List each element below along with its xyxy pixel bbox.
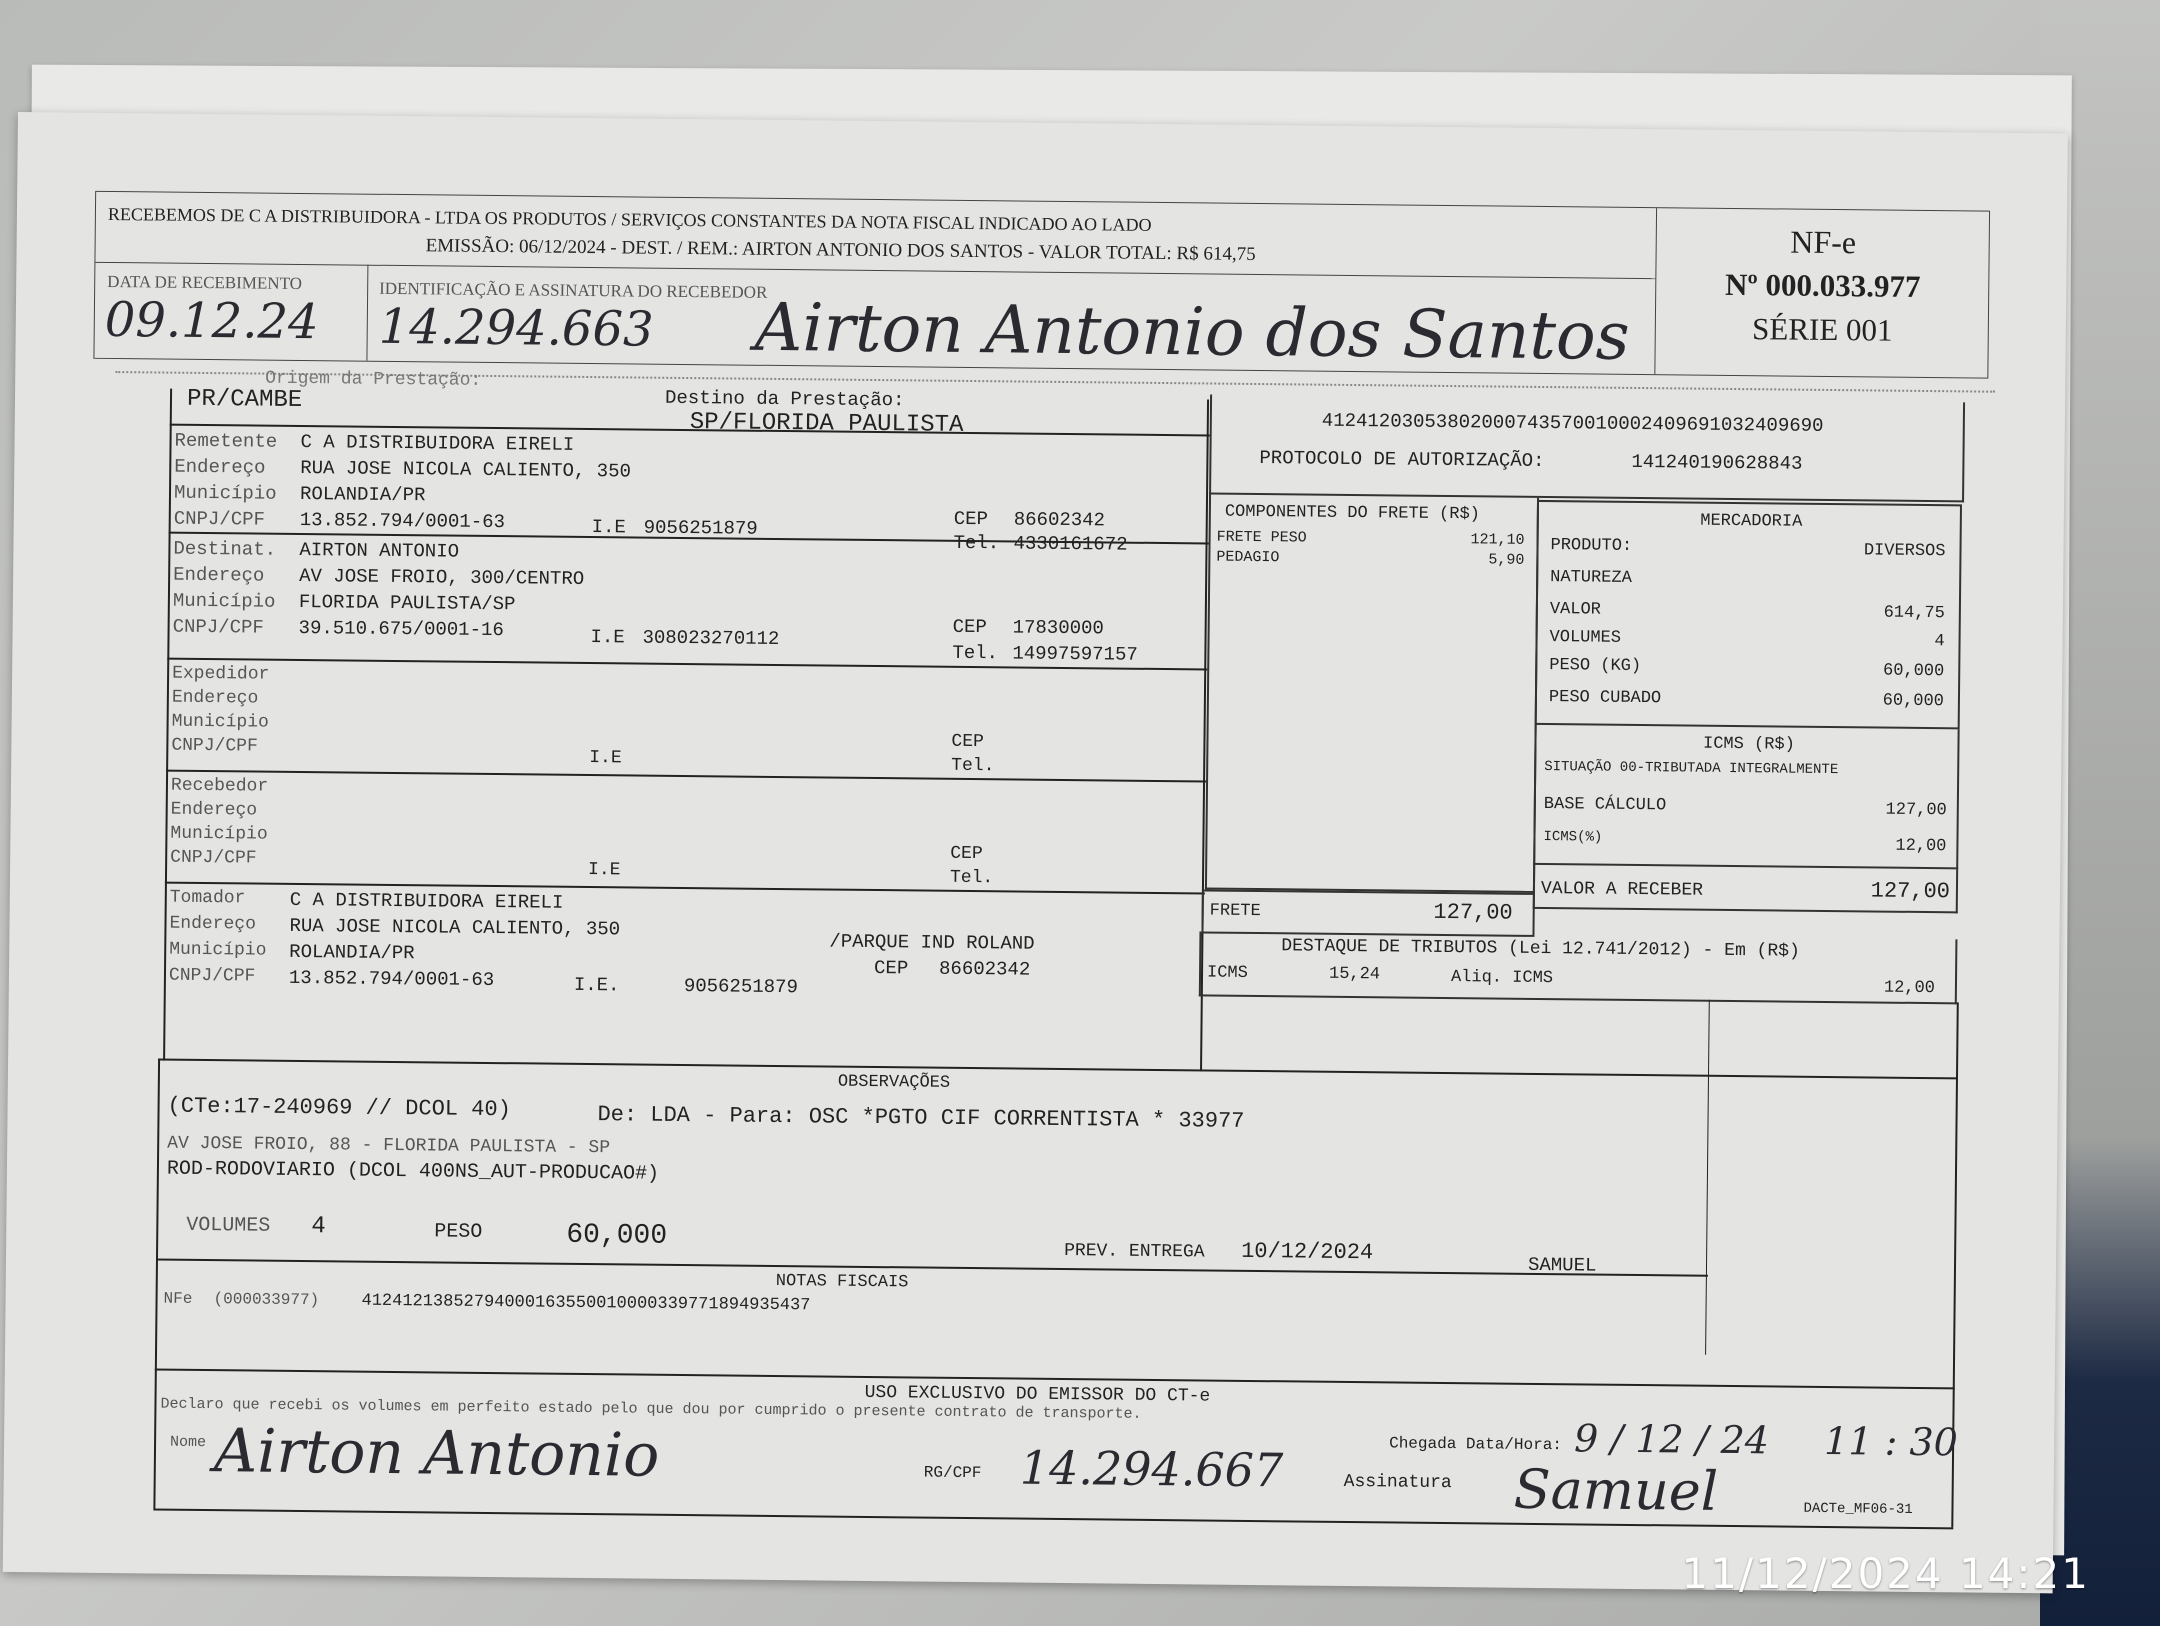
frete-peso-value: 121,10 xyxy=(1470,531,1524,549)
frete-peso-label: FRETE PESO xyxy=(1217,529,1307,547)
dacte-document: RECEBEMOS DE C A DISTRIBUIDORA - LTDA OS… xyxy=(3,112,2068,1593)
nf-tipo: NFe xyxy=(163,1290,192,1308)
form-code: DACTe_MF06-31 xyxy=(1803,1501,1912,1518)
obs-line3: ROD-RODOVIARIO (DCOL 400NS_AUT-PRODUCAO#… xyxy=(167,1158,659,1186)
destino-value: SP/FLORIDA PAULISTA xyxy=(690,409,964,439)
nfe-serie: SÉRIE 001 xyxy=(1655,310,1990,350)
photo-timestamp: 11/12/2024 14:21 xyxy=(1682,1549,2090,1598)
natureza-label: NATUREZA xyxy=(1550,568,1632,588)
rg-value: 14.294.667 xyxy=(1020,1441,1284,1498)
destinatario-ie: 308023270112 xyxy=(642,627,779,650)
obs-volumes-label: VOLUMES xyxy=(186,1214,270,1238)
remetente-nome: C A DISTRIBUIDORA EIRELI xyxy=(300,431,574,456)
recebedor-ie-label: I.E xyxy=(588,860,621,880)
tomador-endereco: RUA JOSE NICOLA CALIENTO, 350 xyxy=(289,915,620,940)
notas-fiscais-title: NOTAS FISCAIS xyxy=(776,1272,909,1292)
remetente-cnpj: 13.852.794/0001-63 xyxy=(300,509,505,533)
tomador-cep-label: CEP xyxy=(874,957,908,979)
destinatario-tel-label: Tel. xyxy=(952,642,998,664)
stub-header-line1: RECEBEMOS DE C A DISTRIBUIDORA - LTDA OS… xyxy=(108,204,1152,236)
assinatura-signature: Samuel xyxy=(1513,1458,1718,1523)
expedidor-ie-label: I.E xyxy=(589,748,622,768)
tomador-endereco-label: Endereço xyxy=(169,914,256,935)
rg-label: RG/CPF xyxy=(924,1464,982,1483)
data-recebimento-label: DATA DE RECEBIMENTO xyxy=(107,272,302,294)
remetente-municipio-label: Município xyxy=(174,482,277,505)
icms-aliq-label: ICMS(%) xyxy=(1543,829,1602,846)
nfe-number: Nº 000.033.977 xyxy=(1655,266,1990,306)
tomador-label: Tomador xyxy=(170,888,246,909)
icms-title: ICMS (R$) xyxy=(1536,733,1961,756)
pedagio-value: 5,90 xyxy=(1488,551,1524,568)
volumes-value: 4 xyxy=(1934,632,1944,651)
obs-volumes-value: 4 xyxy=(311,1213,326,1240)
remetente-cnpj-label: CNPJ/CPF xyxy=(174,508,265,531)
nf-chave: 4124121385279400016355001000033977189493… xyxy=(361,1292,810,1316)
peso-label: PESO (KG) xyxy=(1549,656,1641,676)
tomador-cnpj-label: CNPJ/CPF xyxy=(169,966,256,987)
obs-peso-label: PESO xyxy=(434,1220,482,1244)
tomador-municipio-label: Município xyxy=(169,940,266,961)
obs-line2: AV JOSE FROIO, 88 - FLORIDA PAULISTA - S… xyxy=(167,1134,610,1159)
remetente-tel-label: Tel. xyxy=(953,532,999,554)
peso-value: 60,000 xyxy=(1883,662,1944,682)
valor-label: VALOR xyxy=(1550,600,1601,620)
obs-peso-value: 60,000 xyxy=(566,1220,667,1252)
tomador-cep: 86602342 xyxy=(939,958,1030,981)
nome-label: Nome xyxy=(170,1434,206,1451)
identificacao-value: 14.294.663 xyxy=(378,299,653,358)
tomador-cnpj: 13.852.794/0001-63 xyxy=(289,967,494,991)
obs-line1b: De: LDA - Para: OSC *PGTO CIF CORRENTIST… xyxy=(597,1102,1244,1134)
chegada-data: 9 / 12 / 24 xyxy=(1574,1416,1769,1462)
recebedor-municipio-label: Município xyxy=(170,824,267,845)
icms-situacao: SITUAÇÃO 00-TRIBUTADA INTEGRALMENTE xyxy=(1544,759,1838,778)
produto-label: PRODUTO: xyxy=(1550,536,1632,556)
recebedor-label: Recebedor xyxy=(171,776,268,797)
nome-signature: Airton Antonio xyxy=(214,1416,660,1491)
remetente-label: Remetente xyxy=(174,430,277,453)
receipt-stub: RECEBEMOS DE C A DISTRIBUIDORA - LTDA OS… xyxy=(93,191,1990,379)
tomador-ie-label: I.E. xyxy=(574,974,620,996)
obs-line1a: (CTe:17-240969 // DCOL 40) xyxy=(167,1094,511,1123)
peso-cubado-label: PESO CUBADO xyxy=(1549,688,1661,708)
icms-box: ICMS (R$) SITUAÇÃO 00-TRIBUTADA INTEGRAL… xyxy=(1533,725,1959,869)
tributos-box: DESTAQUE DE TRIBUTOS (Lei 12.741/2012) -… xyxy=(1199,931,1958,1004)
volumes-label: VOLUMES xyxy=(1549,628,1621,648)
prev-entrega-label: PREV. ENTREGA xyxy=(1064,1241,1205,1262)
icms-aliq-value: 12,00 xyxy=(1895,837,1946,857)
tomador-nome: C A DISTRIBUIDORA EIRELI xyxy=(290,889,564,914)
nfe-title: NF-e xyxy=(1656,222,1991,263)
receiver-signature: Airton Antonio dos Santos xyxy=(754,289,1630,375)
valor-receber-value: 127,00 xyxy=(1871,878,1950,904)
tributos-icms-label: ICMS xyxy=(1207,963,1248,982)
recebedor-cnpj-label: CNPJ/CPF xyxy=(170,848,257,869)
destinatario-tel: 14997597157 xyxy=(1012,642,1138,665)
expedidor-tel-label: Tel. xyxy=(951,756,994,776)
remetente-municipio: ROLANDIA/PR xyxy=(300,483,426,506)
mercadoria-title: MERCADORIA xyxy=(1539,510,1964,533)
chave-acesso: 4124120305380200074357001000240969103240… xyxy=(1322,410,1824,437)
remetente-cep: 86602342 xyxy=(1014,508,1105,531)
tributos-icms-value: 15,24 xyxy=(1329,965,1380,985)
valor-value: 614,75 xyxy=(1884,604,1945,624)
expedidor-cnpj-label: CNPJ/CPF xyxy=(171,736,258,757)
base-calculo-value: 127,00 xyxy=(1885,801,1946,821)
tomador-ie: 9056251879 xyxy=(684,975,798,998)
destinatario-label: Destinat. xyxy=(173,538,276,561)
valor-receber-label: VALOR A RECEBER xyxy=(1541,879,1703,901)
expedidor-cep-label: CEP xyxy=(951,732,984,752)
protocolo-value: 141240190628843 xyxy=(1631,451,1802,475)
destinatario-nome: AIRTON ANTONIO xyxy=(299,539,459,563)
frete-label: FRETE xyxy=(1210,902,1261,922)
destinatario-ie-label: I.E xyxy=(590,626,624,648)
stub-header-line2: EMISSÃO: 06/12/2024 - DEST. / REM.: AIRT… xyxy=(426,235,1256,266)
destinatario-cep-label: CEP xyxy=(953,616,987,638)
origem-value: PR/CAMBE xyxy=(187,386,302,414)
remetente-endereco: RUA JOSE NICOLA CALIENTO, 350 xyxy=(300,457,631,482)
remetente-cep-label: CEP xyxy=(954,508,988,530)
mercadoria-box: MERCADORIA PRODUTO: DIVERSOS NATUREZA VA… xyxy=(1535,500,1962,729)
destinatario-municipio-label: Município xyxy=(173,590,276,613)
tomador-municipio: ROLANDIA/PR xyxy=(289,941,415,964)
expedidor-endereco-label: Endereço xyxy=(172,688,259,709)
expedidor-municipio-label: Município xyxy=(172,712,269,733)
tributos-aliq-value: 12,00 xyxy=(1884,979,1935,999)
produto-value: DIVERSOS xyxy=(1864,541,1946,561)
destinatario-cep: 17830000 xyxy=(1013,616,1104,639)
destinatario-municipio: FLORIDA PAULISTA/SP xyxy=(299,591,516,615)
tomador-bairro: /PARQUE IND ROLAND xyxy=(829,931,1034,955)
observacoes-title: OBSERVAÇÕES xyxy=(838,1073,950,1093)
destinatario-cnpj-label: CNPJ/CPF xyxy=(173,616,264,639)
chegada-hora: 11 : 30 xyxy=(1824,1419,1958,1464)
pedagio-label: PEDAGIO xyxy=(1216,549,1279,567)
protocolo-label: PROTOCOLO DE AUTORIZAÇÃO: xyxy=(1259,447,1544,472)
componentes-frete-box: COMPONENTES DO FRETE (R$) FRETE PESO 121… xyxy=(1205,494,1539,892)
peso-cubado-value: 60,000 xyxy=(1883,692,1944,712)
frete-value: 127,00 xyxy=(1433,900,1512,926)
destinatario-endereco: AV JOSE FROIO, 300/CENTRO xyxy=(299,565,584,590)
frete-total-box: FRETE 127,00 xyxy=(1201,889,1534,936)
tributos-title: DESTAQUE DE TRIBUTOS (Lei 12.741/2012) -… xyxy=(1281,936,1800,961)
componentes-title: COMPONENTES DO FRETE (R$) xyxy=(1225,503,1480,525)
recebedor-tel-label: Tel. xyxy=(950,868,993,888)
chegada-label: Chegada Data/Hora: xyxy=(1389,1434,1562,1454)
destinatario-endereco-label: Endereço xyxy=(173,564,264,587)
remetente-endereco-label: Endereço xyxy=(174,456,265,479)
tributos-aliq-label: Aliq. ICMS xyxy=(1451,968,1553,988)
valor-receber-box: VALOR A RECEBER 127,00 xyxy=(1533,865,1958,913)
chave-acesso-box: 4124120305380200074357001000240969103240… xyxy=(1209,394,1965,502)
base-calculo-label: BASE CÁLCULO xyxy=(1544,795,1667,815)
nf-numero: (000033977) xyxy=(213,1290,319,1309)
data-recebimento-value: 09.12.24 xyxy=(105,292,319,350)
recebedor-endereco-label: Endereço xyxy=(171,800,258,821)
remetente-ie-label: I.E xyxy=(592,516,626,538)
assinatura-label: Assinatura xyxy=(1344,1472,1452,1493)
destinatario-cnpj: 39.510.675/0001-16 xyxy=(298,617,503,641)
prev-entrega-value: 10/12/2024 xyxy=(1241,1239,1373,1265)
recebedor-cep-label: CEP xyxy=(950,844,983,864)
destino-label: Destino da Prestação: xyxy=(665,387,905,412)
remetente-tel: 4330161672 xyxy=(1013,532,1127,555)
expedidor-label: Expedidor xyxy=(172,664,269,685)
